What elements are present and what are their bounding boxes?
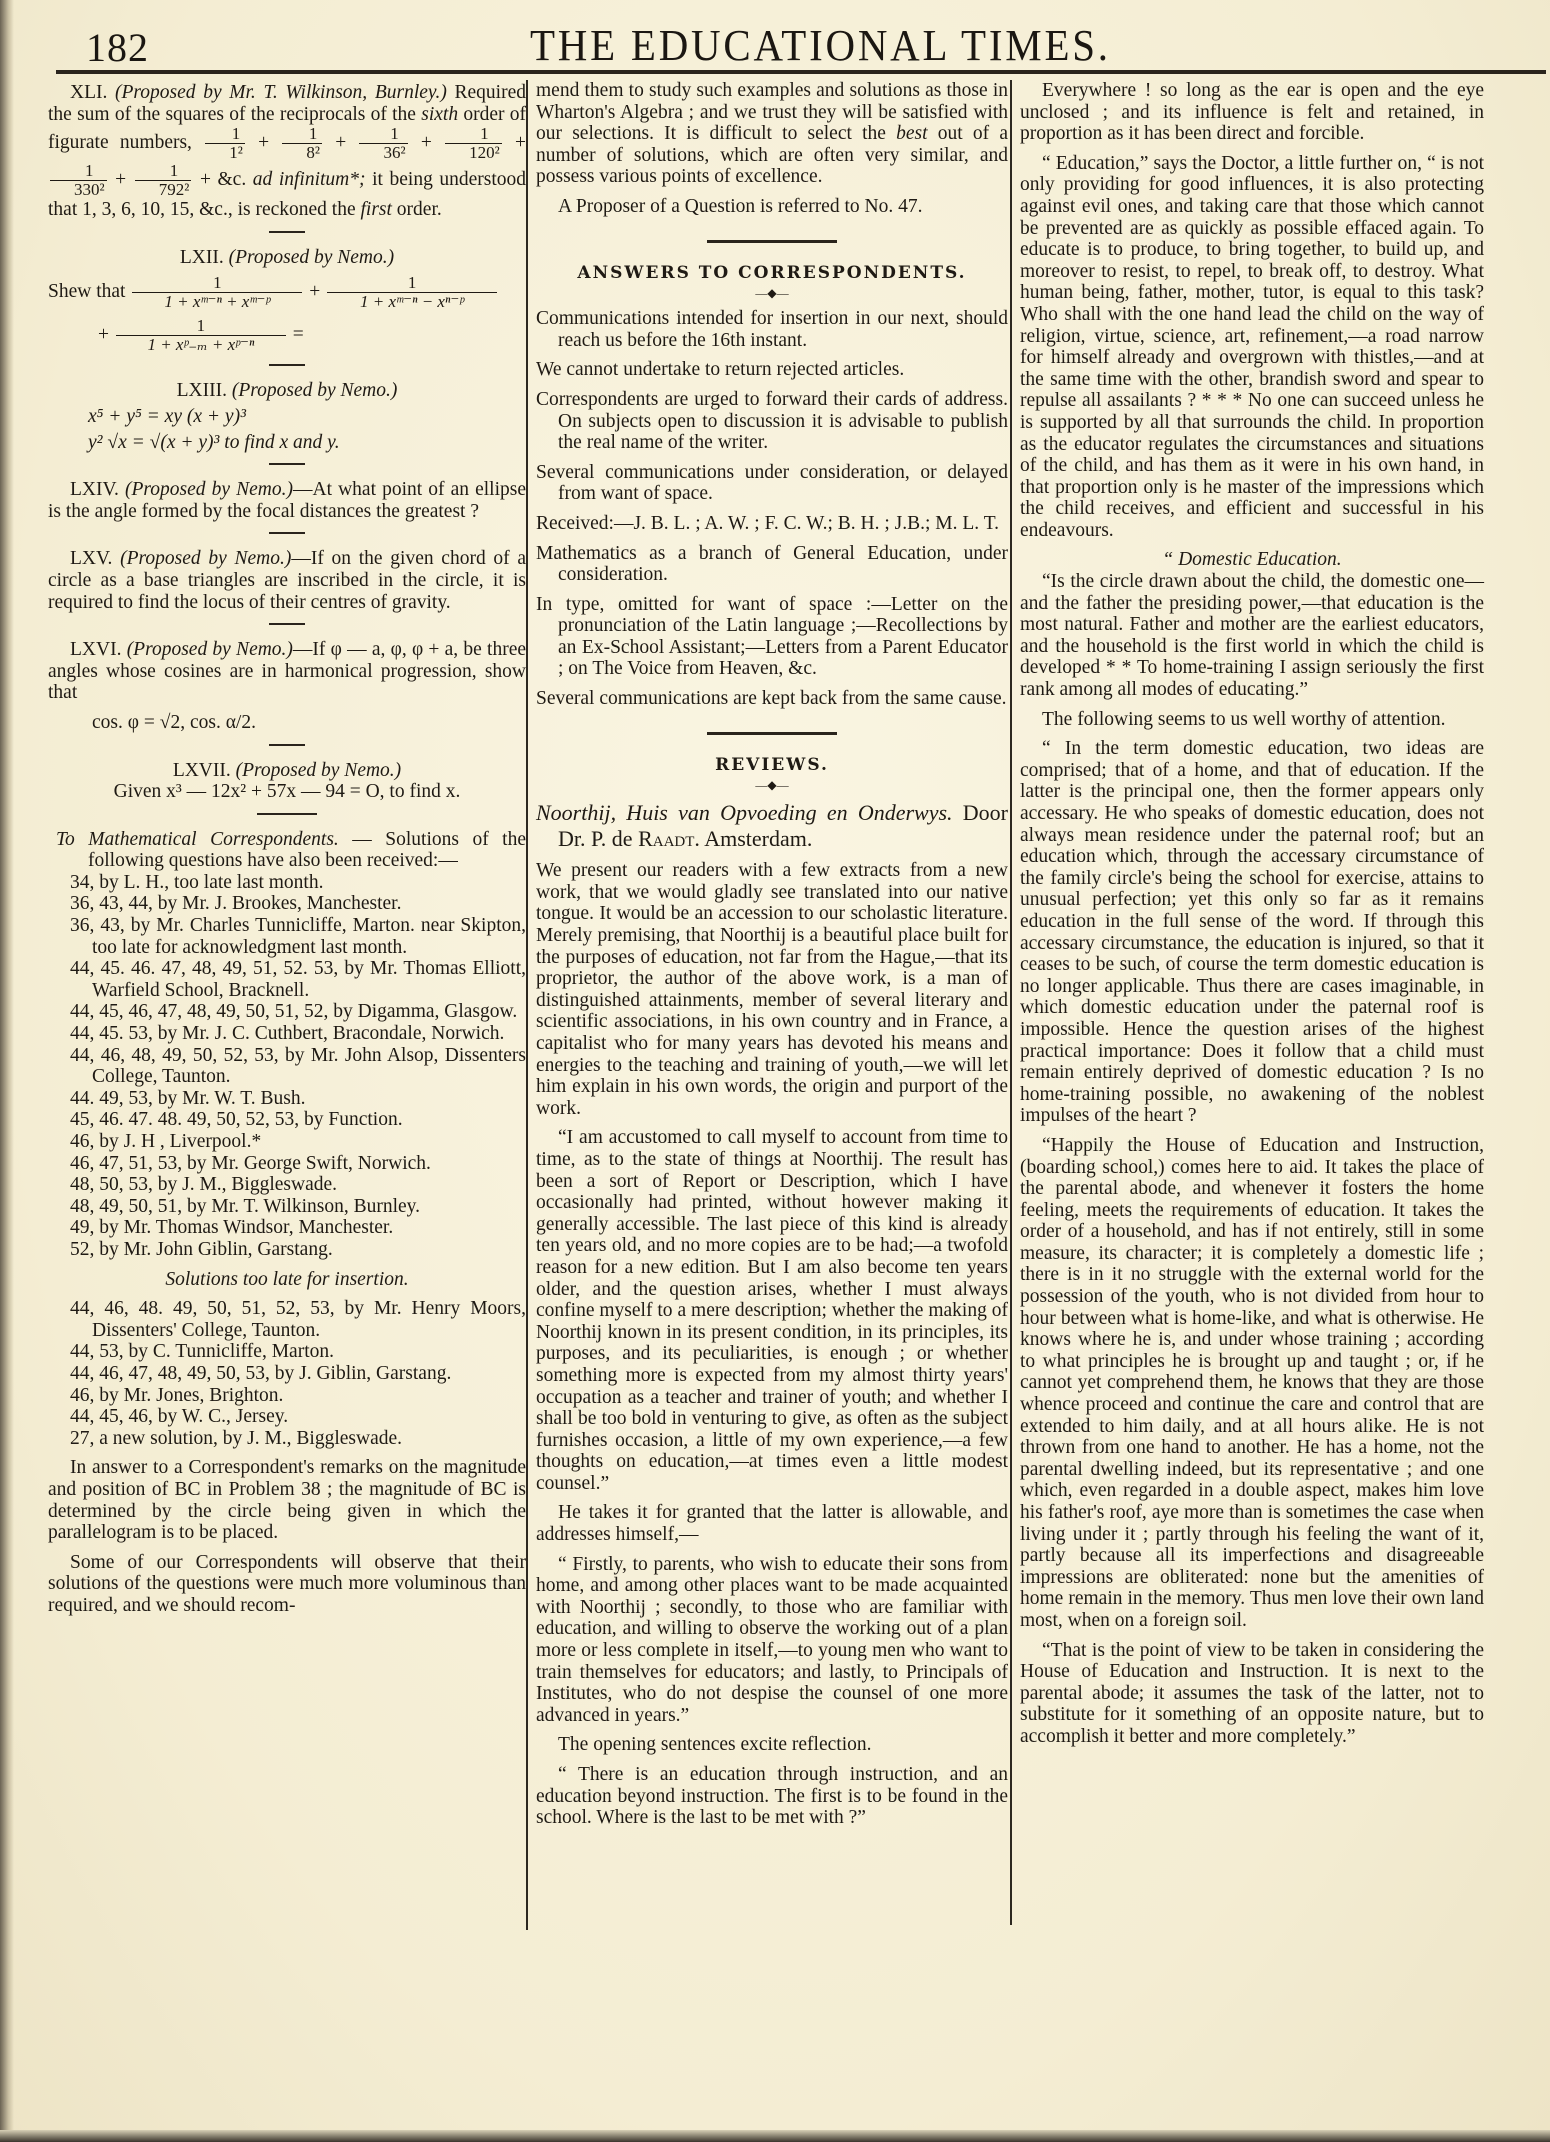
page-binding-shadow xyxy=(0,0,14,2142)
journal-title: THE EDUCATIONAL TIMES. xyxy=(530,20,995,71)
answer-item: Several communications are kept back fro… xyxy=(536,688,1008,710)
masthead: 182 THE EDUCATIONAL TIMES. xyxy=(0,0,1550,80)
divider xyxy=(269,623,305,625)
list-item: 52, by Mr. John Giblin, Garstang. xyxy=(48,1239,526,1261)
answer-item: Several communications under considerati… xyxy=(536,462,1008,505)
review-paragraph: “ There is an education through instruct… xyxy=(536,1764,1008,1829)
review-paragraph: “ Firstly, to parents, who wish to educa… xyxy=(536,1554,1008,1727)
too-late-list: 44, 46, 48. 49, 50, 51, 52, 53, by Mr. H… xyxy=(48,1298,526,1449)
left-column: XLI. (Proposed by Mr. T. Wilkinson, Burn… xyxy=(48,80,526,1616)
divider xyxy=(269,463,305,465)
list-item: 44. 49, 53, by Mr. W. T. Bush. xyxy=(48,1088,526,1110)
list-item: 46, by J. H , Liverpool.* xyxy=(48,1131,526,1153)
question-63-eq2: y² √x = √(x + y)³ to find x and y. xyxy=(48,432,526,454)
list-item: 44, 45, 46, by W. C., Jersey. xyxy=(48,1406,526,1428)
fraction: 1792² xyxy=(135,162,192,199)
ornament-icon: —◆— xyxy=(536,778,1008,792)
article-paragraph: “Is the circle drawn about the child, th… xyxy=(1020,571,1484,701)
fraction: 1330² xyxy=(50,162,107,199)
list-item: 48, 50, 53, by J. M., Biggleswade. xyxy=(48,1174,526,1196)
list-item: 34, by L. H., too late last month. xyxy=(48,872,526,894)
answers-heading: ANSWERS TO CORRESPONDENTS. xyxy=(536,263,1008,285)
question-67-heading: LXVII. (Proposed by Nemo.) xyxy=(48,760,526,782)
domestic-education-heading: “ Domestic Education. xyxy=(1020,549,1484,571)
continued-paragraph: mend them to study such examples and sol… xyxy=(536,80,1008,188)
question-66: LXVI. (Proposed by Nemo.)—If φ — a, φ, φ… xyxy=(48,639,526,704)
page-number: 182 xyxy=(86,24,149,71)
divider xyxy=(257,813,317,815)
article-paragraph: “Happily the House of Education and Inst… xyxy=(1020,1135,1484,1632)
review-paragraph: He takes it for granted that the latter … xyxy=(536,1502,1008,1545)
article-paragraph: Everywhere ! so long as the ear is open … xyxy=(1020,80,1484,145)
question-67-equation: Given x³ — 12x² + 57x — 94 = O, to find … xyxy=(48,781,526,803)
answers-list: Communications intended for insertion in… xyxy=(536,308,1008,710)
article-paragraph: “That is the point of view to be taken i… xyxy=(1020,1640,1484,1748)
list-item: 44, 45, 46, 47, 48, 49, 50, 51, 52, by D… xyxy=(48,1001,526,1023)
list-item: 36, 43, 44, by Mr. J. Brookes, Mancheste… xyxy=(48,893,526,915)
page-bottom-edge xyxy=(0,2130,1550,2142)
list-item: 44, 46, 47, 48, 49, 50, 53, by J. Giblin… xyxy=(48,1363,526,1385)
answer-item: We cannot undertake to return rejected a… xyxy=(536,359,1008,381)
list-item: 45, 46. 47. 48. 49, 50, 52, 53, by Funct… xyxy=(48,1109,526,1131)
voluminous-paragraph: Some of our Correspondents will observe … xyxy=(48,1552,526,1617)
list-item: 36, 43, by Mr. Charles Tunnicliffe, Mart… xyxy=(48,915,526,958)
divider xyxy=(269,744,305,746)
divider xyxy=(269,364,305,366)
review-title: Noorthij, Huis van Opvoeding en Onderwys… xyxy=(536,800,1008,852)
list-item: 27, a new solution, by J. M., Biggleswad… xyxy=(48,1428,526,1450)
list-item: 49, by Mr. Thomas Windsor, Manchester. xyxy=(48,1217,526,1239)
list-item: 44, 46, 48, 49, 50, 52, 53, by Mr. John … xyxy=(48,1045,526,1088)
article-paragraph: “ In the term domestic education, two id… xyxy=(1020,738,1484,1127)
question-63-heading: LXIII. (Proposed by Nemo.) xyxy=(48,380,526,402)
math-correspondents-intro: To Mathematical Correspondents. — Soluti… xyxy=(48,829,526,872)
article-paragraph: “ Education,” says the Doctor, a little … xyxy=(1020,153,1484,542)
question-62-equation-2: + 11 + xᵖ₋ₘ + xᵖ⁻ⁿ = xyxy=(48,317,526,354)
proposer-reference: A Proposer of a Question is referred to … xyxy=(536,196,1008,218)
fraction: 18² xyxy=(282,125,322,162)
review-paragraph: We present our readers with a few extrac… xyxy=(536,860,1008,1119)
reviews-heading: REVIEWS. xyxy=(536,755,1008,777)
column-divider-left xyxy=(526,80,528,1930)
article-paragraph: The following seems to us well worthy of… xyxy=(1020,709,1484,731)
list-item: 44, 45. 46. 47, 48, 49, 51, 52. 53, by M… xyxy=(48,958,526,1001)
list-item: 48, 49, 50, 51, by Mr. T. Wilkinson, Bur… xyxy=(48,1196,526,1218)
question-41: XLI. (Proposed by Mr. T. Wilkinson, Burn… xyxy=(48,82,526,221)
middle-column: mend them to study such examples and sol… xyxy=(536,80,1008,1829)
question-65: LXV. (Proposed by Nemo.)—If on the given… xyxy=(48,548,526,613)
answer-bc-paragraph: In answer to a Correspondent's remarks o… xyxy=(48,1457,526,1543)
section-rule xyxy=(707,732,837,735)
newspaper-page: 182 THE EDUCATIONAL TIMES. XLI. (Propose… xyxy=(0,0,1550,2142)
solutions-received-list: 34, by L. H., too late last month. 36, 4… xyxy=(48,872,526,1261)
review-paragraph: The opening sentences excite reflection. xyxy=(536,1734,1008,1756)
divider xyxy=(269,231,305,233)
section-rule xyxy=(707,240,837,243)
fraction: 136² xyxy=(359,125,407,162)
answer-item: Mathematics as a branch of General Educa… xyxy=(536,543,1008,586)
list-item: 44, 45. 53, by Mr. J. C. Cuthbert, Braco… xyxy=(48,1023,526,1045)
question-63-eq1: x⁵ + y⁵ = xy (x + y)³ xyxy=(48,406,526,428)
ornament-icon: —◆— xyxy=(536,286,1008,300)
review-paragraph: “I am accustomed to call myself to accou… xyxy=(536,1127,1008,1494)
column-divider-right xyxy=(1010,80,1012,1925)
question-66-equation: cos. φ = √2, cos. α/2. xyxy=(48,712,526,734)
masthead-rule xyxy=(56,70,1546,74)
list-item: 46, by Mr. Jones, Brighton. xyxy=(48,1385,526,1407)
divider xyxy=(269,532,305,534)
answer-item: In type, omitted for want of space :—Let… xyxy=(536,594,1008,680)
fraction: 11² xyxy=(205,125,245,162)
answer-item: Correspondents are urged to forward thei… xyxy=(536,389,1008,454)
right-column: Everywhere ! so long as the ear is open … xyxy=(1020,80,1484,1748)
answer-item: Communications intended for insertion in… xyxy=(536,308,1008,351)
too-late-heading: Solutions too late for insertion. xyxy=(48,1269,526,1291)
fraction: 1120² xyxy=(445,125,502,162)
question-62-heading: LXII. (Proposed by Nemo.) xyxy=(48,247,526,269)
question-64: LXIV. (Proposed by Nemo.)—At what point … xyxy=(48,479,526,522)
list-item: 44, 46, 48. 49, 50, 51, 52, 53, by Mr. H… xyxy=(48,1298,526,1341)
list-item: 46, 47, 51, 53, by Mr. George Swift, Nor… xyxy=(48,1153,526,1175)
answer-item: Received:—J. B. L. ; A. W. ; F. C. W.; B… xyxy=(536,513,1008,535)
question-62-equation: Shew that 11 + xᵐ⁻ⁿ + xᵐ⁻ᵖ + 11 + xᵐ⁻ⁿ −… xyxy=(48,274,526,311)
list-item: 44, 53, by C. Tunnicliffe, Marton. xyxy=(48,1341,526,1363)
